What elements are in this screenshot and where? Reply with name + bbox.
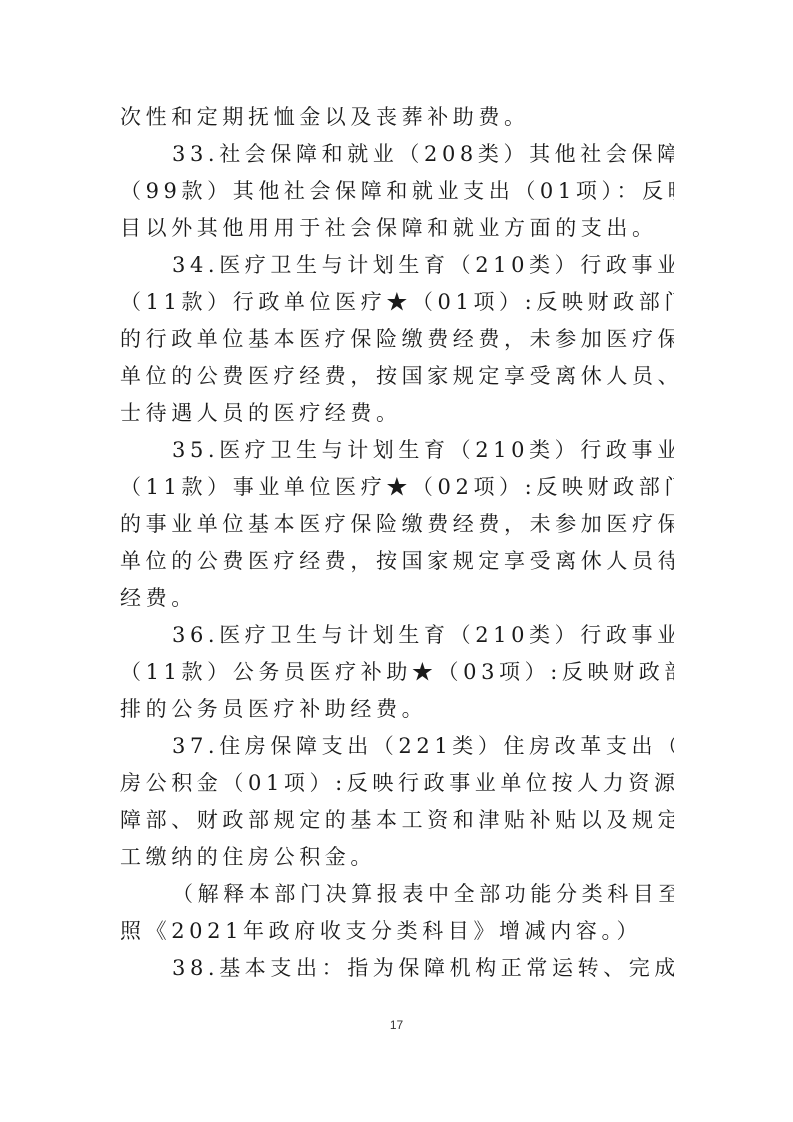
text-line: 次性和定期抚恤金以及丧葬补助费。 xyxy=(120,99,674,136)
text-line: 的行政单位基本医疗保险缴费经费，未参加医疗保险的行政 xyxy=(120,321,674,358)
paragraph-32-continuation: 次性和定期抚恤金以及丧葬补助费。 xyxy=(120,99,674,136)
text-line: （11款）公务员医疗补助★（03项）:反映财政部门集中安 xyxy=(120,654,674,691)
paragraph-explanatory-note: （解释本部门决算报表中全部功能分类科目至项级，参 照《2021年政府收支分类科目… xyxy=(120,876,674,950)
text-line: 士待遇人员的医疗经费。 xyxy=(120,395,674,432)
page-number: 17 xyxy=(0,1018,793,1032)
text-line: 房公积金（01项）:反映行政事业单位按人力资源和社会保 xyxy=(120,765,674,802)
text-line: 单位的公费医疗经费，按国家规定享受离休人员待遇的医疗 xyxy=(120,543,674,580)
text-line: 34.医疗卫生与计划生育（210类）行政事业单位医疗★ xyxy=(120,247,674,284)
text-line: 单位的公费医疗经费，按国家规定享受离休人员、红军老战 xyxy=(120,358,674,395)
paragraph-37-housing-fund: 37.住房保障支出（221类）住房改革支出（02款）住 房公积金（01项）:反映… xyxy=(120,728,674,876)
text-line: 38.基本支出：指为保障机构正常运转、完成日常工作 xyxy=(120,950,674,987)
paragraph-38-basic-expenditure: 38.基本支出：指为保障机构正常运转、完成日常工作 xyxy=(120,950,674,987)
paragraph-35-institution-medical: 35.医疗卫生与计划生育（210类）行政事业单位医疗★ （11款）事业单位医疗★… xyxy=(120,432,674,617)
text-line: 33.社会保障和就业（208类）其他社会保障和就业支出 xyxy=(120,136,674,173)
text-line: 35.医疗卫生与计划生育（210类）行政事业单位医疗★ xyxy=(120,432,674,469)
text-line: （11款）行政单位医疗★（01项）:反映财政部门集中安排 xyxy=(120,284,674,321)
text-line: 的事业单位基本医疗保险缴费经费，未参加医疗保险的事业 xyxy=(120,506,674,543)
document-body: 次性和定期抚恤金以及丧葬补助费。 33.社会保障和就业（208类）其他社会保障和… xyxy=(120,99,674,987)
text-line: 36.医疗卫生与计划生育（210类）行政事业单位医疗★ xyxy=(120,617,674,654)
text-line: 目以外其他用用于社会保障和就业方面的支出。 xyxy=(120,210,674,247)
text-line: （99款）其他社会保障和就业支出（01项）：反映上述项 xyxy=(120,173,674,210)
text-line: 排的公务员医疗补助经费。 xyxy=(120,691,674,728)
text-line: 工缴纳的住房公积金。 xyxy=(120,839,674,876)
text-line: 经费。 xyxy=(120,580,674,617)
text-line: 照《2021年政府收支分类科目》增减内容。） xyxy=(120,913,674,950)
paragraph-33-social-security: 33.社会保障和就业（208类）其他社会保障和就业支出 （99款）其他社会保障和… xyxy=(120,136,674,247)
text-line: （解释本部门决算报表中全部功能分类科目至项级，参 xyxy=(120,876,674,913)
paragraph-36-civil-servant-medical: 36.医疗卫生与计划生育（210类）行政事业单位医疗★ （11款）公务员医疗补助… xyxy=(120,617,674,728)
text-line: （11款）事业单位医疗★（02项）:反映财政部门集中安排 xyxy=(120,469,674,506)
text-line: 障部、财政部规定的基本工资和津贴补贴以及规定比例为职 xyxy=(120,802,674,839)
paragraph-34-admin-medical: 34.医疗卫生与计划生育（210类）行政事业单位医疗★ （11款）行政单位医疗★… xyxy=(120,247,674,432)
text-line: 37.住房保障支出（221类）住房改革支出（02款）住 xyxy=(120,728,674,765)
